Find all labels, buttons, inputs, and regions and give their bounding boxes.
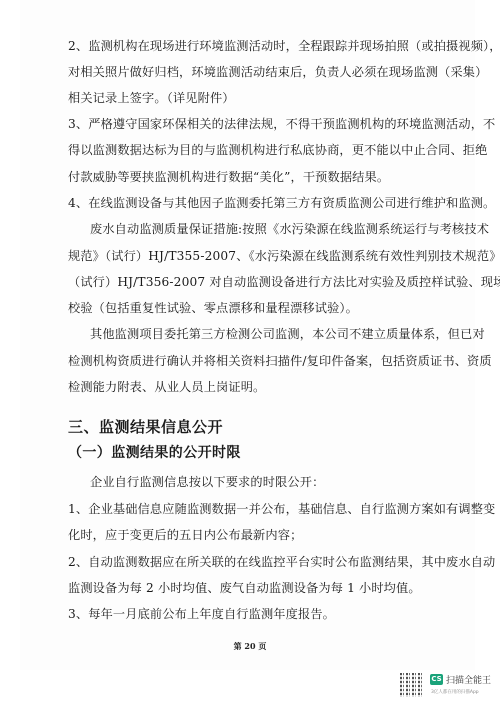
subsection-heading: （一）监测结果的公开时限 — [68, 446, 241, 460]
paragraph-5-line-3: （试行）HJ/T356-2007 对自动监测设备进行方法比对实验及质控样试验、现… — [68, 275, 500, 289]
disclosure-item-2-line-1: 2、自动监测数据应在所关联的在线监控平台实时公布监测结果，其中废水自动 — [68, 555, 495, 569]
paragraph-6-line-1: 其他监测项目委托第三方检测公司监测，本公司不建立质量体系，但已对 — [90, 327, 485, 341]
paragraph-5-line-2: 规范》（试行）HJ/T355-2007、《水污染源在线监测系统有效性判别技术规范… — [68, 249, 500, 263]
disclosure-item-1-line-2: 化时，应于变更后的五日内公布最新内容； — [68, 528, 302, 542]
paragraph-3-line-1: 3、严格遵守国家环保相关的法律法规，不得干预监测机构的环境监测活动，不 — [68, 117, 495, 131]
disclosure-item-1-line-1: 1、企业基础信息应随监测数据一并公布，基础信息、自行监测方案如有调整变 — [68, 502, 495, 516]
paragraph-6-line-2: 检测机构资质进行确认并将相关资料扫描件/复印件备案，包括资质证书、资质 — [68, 354, 492, 368]
app-name: 扫描全能王 — [446, 673, 491, 686]
scanner-watermark: CS 扫描全能王 3亿人都在用的扫描App — [400, 673, 492, 703]
paragraph-3-line-2: 得以监测数据达标为目的与监测机构进行私底协商，更不能以中止合同、拒绝 — [68, 143, 487, 157]
section-heading: 三、监测结果信息公开 — [68, 420, 223, 434]
page-number: 第 20 页 — [0, 641, 500, 652]
disclosure-intro: 企业自行监测信息按以下要求的时限公开： — [90, 475, 324, 489]
paragraph-2-line-3: 相关记录上签字。（详见附件） — [68, 91, 235, 105]
camscanner-logo-icon: CS — [430, 674, 443, 685]
paragraph-5-line-4: 校验（包括重复性试验、零点漂移和量程漂移试验）。 — [68, 301, 358, 315]
disclosure-item-3-line-1: 3、每年一月底前公布上年度自行监测年度报告。 — [68, 607, 335, 621]
paragraph-2-line-2: 对相关照片做好归档，环境监测活动结束后，负责人必须在现场监测（采集） — [68, 65, 487, 79]
qr-code-icon — [400, 673, 424, 697]
disclosure-item-2-line-2: 监测设备为每 2 小时均值、废气自动监测设备为每 1 小时均值。 — [68, 581, 421, 595]
paragraph-5-line-1: 废水自动监测质量保证措施:按照《水污染源在线监测系统运行与考核技术 — [90, 222, 489, 236]
app-tagline: 3亿人都在用的扫描App — [431, 689, 479, 695]
paragraph-4-line-1: 4、在线监测设备与其他因子监测委托第三方有资质监测公司进行维护和监测。 — [68, 196, 495, 210]
paragraph-2-line-1: 2、监测机构在现场进行环境监测活动时，全程跟踪并现场拍照（或拍摄视频）， — [68, 39, 500, 53]
paragraph-6-line-3: 检测能力附表、从业人员上岗证明。 — [68, 380, 265, 394]
paragraph-3-line-3: 付款威胁等要挟监测机构进行数据“美化”，干预数据结果。 — [68, 170, 389, 184]
